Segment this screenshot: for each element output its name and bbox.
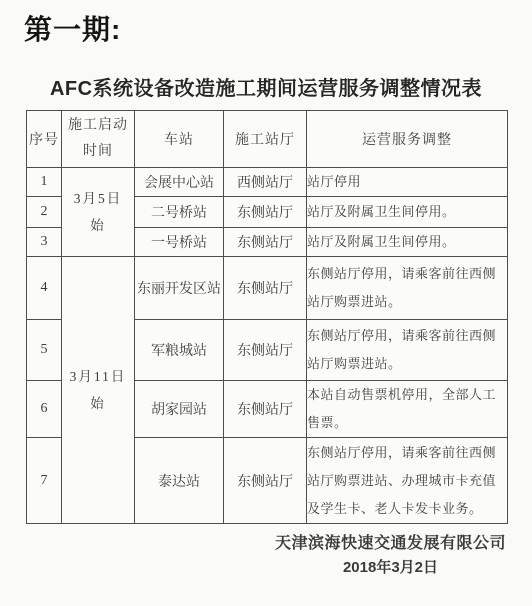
seq-cell: 3: [27, 228, 62, 257]
col-header-adjustment: 运营服务调整: [307, 111, 508, 168]
col-header-seq: 序号: [27, 111, 62, 168]
seq-cell: 7: [27, 438, 62, 524]
hall-cell: 东侧站厅: [224, 257, 307, 320]
station-cell: 一号桥站: [135, 228, 224, 257]
station-cell: 会展中心站: [135, 168, 224, 197]
station-cell: 军粮城站: [135, 320, 224, 381]
table-row: 4 3月11日 始 东丽开发区站 东侧站厅 东侧站厅停用，请乘客前往西侧站厅购票…: [27, 257, 508, 320]
hall-cell: 东侧站厅: [224, 197, 307, 228]
time-group-suffix: 始: [62, 212, 134, 239]
station-cell: 泰达站: [135, 438, 224, 524]
hall-cell: 东侧站厅: [224, 381, 307, 438]
company-name: 天津滨海快速交通发展有限公司: [275, 533, 506, 555]
hall-cell: 东侧站厅: [224, 320, 307, 381]
signature-block: 天津滨海快速交通发展有限公司 2018年3月2日: [275, 533, 506, 579]
time-group-suffix: 始: [62, 390, 134, 417]
seq-cell: 4: [27, 257, 62, 320]
col-header-start-time-line1: 施工启动: [62, 113, 134, 139]
adjustment-cell: 东侧站厅停用，请乘客前往西侧站厅购票进站。: [307, 257, 508, 320]
adjustment-cell: 东侧站厅停用，请乘客前往西侧站厅购票进站。: [307, 320, 508, 381]
adjustment-cell: 本站自动售票机停用，全部人工售票。: [307, 381, 508, 438]
seq-cell: 5: [27, 320, 62, 381]
col-header-hall: 施工站厅: [224, 111, 307, 168]
time-group-date: 3月11日: [62, 363, 134, 390]
hall-cell: 东侧站厅: [224, 438, 307, 524]
hall-cell: 西侧站厅: [224, 168, 307, 197]
time-group-cell-march5: 3月5日 始: [62, 168, 135, 257]
phase-title: 第一期:: [24, 8, 121, 48]
adjustment-cell: 站厅及附属卫生间停用。: [307, 228, 508, 257]
hall-cell: 东侧站厅: [224, 228, 307, 257]
issue-date: 2018年3月2日: [275, 557, 506, 579]
table-row: 1 3月5日 始 会展中心站 西侧站厅 站厅停用: [27, 168, 508, 197]
seq-cell: 6: [27, 381, 62, 438]
station-cell: 东丽开发区站: [135, 257, 224, 320]
time-group-date: 3月5日: [62, 185, 134, 212]
time-group-cell-march11: 3月11日 始: [62, 257, 135, 524]
seq-cell: 2: [27, 197, 62, 228]
station-cell: 胡家园站: [135, 381, 224, 438]
adjustment-cell: 站厅及附属卫生间停用。: [307, 197, 508, 228]
adjustment-cell: 站厅停用: [307, 168, 508, 197]
table-title: AFC系统设备改造施工期间运营服务调整情况表: [0, 72, 532, 101]
document-page: 第一期: AFC系统设备改造施工期间运营服务调整情况表 序号 施工启动 时间 车…: [0, 0, 532, 606]
service-adjustment-table: 序号 施工启动 时间 车站 施工站厅 运营服务调整 1 3月5日 始 会展中心站…: [26, 110, 508, 524]
station-cell: 二号桥站: [135, 197, 224, 228]
seq-cell: 1: [27, 168, 62, 197]
table-header-row: 序号 施工启动 时间 车站 施工站厅 运营服务调整: [27, 111, 508, 168]
adjustment-cell: 东侧站厅停用，请乘客前往西侧站厅购票进站、办理城市卡充值及学生卡、老人卡发卡业务…: [307, 438, 508, 524]
col-header-start-time-line2: 时间: [62, 139, 134, 165]
col-header-station: 车站: [135, 111, 224, 168]
col-header-start-time: 施工启动 时间: [62, 111, 135, 168]
